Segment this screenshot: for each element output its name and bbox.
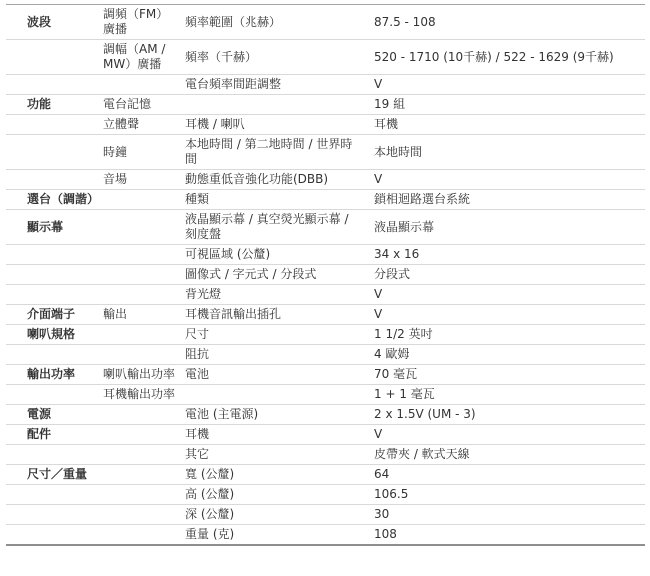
- category-cell: [6, 75, 103, 95]
- spec-value-cell: 34 x 16: [372, 245, 645, 265]
- spec-value-cell: 64: [372, 465, 645, 485]
- table-row: 調幅（AM / MW）廣播頻率（千赫）520 - 1710 (10千赫) / 5…: [6, 40, 645, 75]
- spec-value-cell: 鎖相迴路選台系統: [372, 190, 645, 210]
- spec-value-cell: V: [372, 285, 645, 305]
- table-row: 波段調頻（FM）廣播頻率範圍（兆赫）87.5 - 108: [6, 5, 645, 40]
- table-row: 喇叭規格尺寸1 1/2 英吋: [6, 325, 645, 345]
- category-cell: [6, 505, 103, 525]
- spec-value-cell: V: [372, 75, 645, 95]
- spec-name-cell: 本地時間 / 第二地時間 / 世界時間: [185, 135, 372, 170]
- spec-value-cell: 70 毫瓦: [372, 365, 645, 385]
- category-cell: [6, 40, 103, 75]
- spec-name-cell: 耳機: [185, 425, 372, 445]
- subcategory-cell: [103, 525, 185, 546]
- subcategory-cell: [103, 345, 185, 365]
- spec-value-cell: 分段式: [372, 265, 645, 285]
- subcategory-cell: 立體聲: [103, 115, 185, 135]
- subcategory-cell: [103, 405, 185, 425]
- spec-name-cell: 種類: [185, 190, 372, 210]
- subcategory-cell: 喇叭輸出功率: [103, 365, 185, 385]
- category-cell: [6, 170, 103, 190]
- table-row: 耳機輸出功率1 + 1 毫瓦: [6, 385, 645, 405]
- spec-name-cell: 耳機 / 喇叭: [185, 115, 372, 135]
- table-row: 電源電池 (主電源)2 x 1.5V (UM - 3): [6, 405, 645, 425]
- spec-name-cell: [185, 95, 372, 115]
- spec-page: 波段調頻（FM）廣播頻率範圍（兆赫）87.5 - 108調幅（AM / MW）廣…: [0, 0, 650, 576]
- table-row: 背光燈V: [6, 285, 645, 305]
- spec-value-cell: 30: [372, 505, 645, 525]
- subcategory-cell: [103, 445, 185, 465]
- category-cell: [6, 385, 103, 405]
- spec-name-cell: 圖像式 / 字元式 / 分段式: [185, 265, 372, 285]
- category-cell: [6, 265, 103, 285]
- spec-value-cell: 4 歐姆: [372, 345, 645, 365]
- spec-value-cell: V: [372, 305, 645, 325]
- subcategory-cell: 調頻（FM）廣播: [103, 5, 185, 40]
- table-row: 功能電台記憶19 組: [6, 95, 645, 115]
- table-row: 尺寸／重量寬 (公釐)64: [6, 465, 645, 485]
- spec-name-cell: 阻抗: [185, 345, 372, 365]
- table-row: 圖像式 / 字元式 / 分段式分段式: [6, 265, 645, 285]
- category-cell: [6, 525, 103, 546]
- subcategory-cell: 音場: [103, 170, 185, 190]
- category-cell: 配件: [6, 425, 103, 445]
- table-row: 選台（調諧）種類鎖相迴路選台系統: [6, 190, 645, 210]
- spec-value-cell: 108: [372, 525, 645, 546]
- table-row: 配件耳機V: [6, 425, 645, 445]
- subcategory-cell: [103, 265, 185, 285]
- category-cell: [6, 115, 103, 135]
- spec-name-cell: 電台頻率間距調整: [185, 75, 372, 95]
- spec-name-cell: 頻率範圍（兆赫）: [185, 5, 372, 40]
- spec-name-cell: 其它: [185, 445, 372, 465]
- table-row: 電台頻率間距調整V: [6, 75, 645, 95]
- category-cell: [6, 485, 103, 505]
- table-row: 時鐘本地時間 / 第二地時間 / 世界時間本地時間: [6, 135, 645, 170]
- spec-value-cell: V: [372, 425, 645, 445]
- spec-name-cell: 電池: [185, 365, 372, 385]
- spec-name-cell: 可視區域 (公釐): [185, 245, 372, 265]
- category-cell: 功能: [6, 95, 103, 115]
- subcategory-cell: [103, 285, 185, 305]
- table-row: 顯示幕液晶顯示幕 / 真空熒光顯示幕 / 刻度盤液晶顯示幕: [6, 210, 645, 245]
- category-cell: 電源: [6, 405, 103, 425]
- spec-name-cell: 重量 (克): [185, 525, 372, 546]
- table-row: 重量 (克)108: [6, 525, 645, 546]
- subcategory-cell: [103, 465, 185, 485]
- category-cell: 尺寸／重量: [6, 465, 103, 485]
- table-row: 介面端子輸出耳機音訊輸出插孔V: [6, 305, 645, 325]
- spec-name-cell: 寬 (公釐): [185, 465, 372, 485]
- spec-value-cell: 87.5 - 108: [372, 5, 645, 40]
- subcategory-cell: [103, 325, 185, 345]
- spec-name-cell: 高 (公釐): [185, 485, 372, 505]
- table-row: 可視區域 (公釐)34 x 16: [6, 245, 645, 265]
- spec-name-cell: 電池 (主電源): [185, 405, 372, 425]
- table-row: 音場動態重低音強化功能(DBB)V: [6, 170, 645, 190]
- subcategory-cell: [103, 505, 185, 525]
- spec-value-cell: 520 - 1710 (10千赫) / 522 - 1629 (9千赫): [372, 40, 645, 75]
- spec-name-cell: 耳機音訊輸出插孔: [185, 305, 372, 325]
- subcategory-cell: [103, 75, 185, 95]
- subcategory-cell: 時鐘: [103, 135, 185, 170]
- spec-name-cell: [185, 385, 372, 405]
- subcategory-cell: [103, 190, 185, 210]
- spec-name-cell: 深 (公釐): [185, 505, 372, 525]
- spec-value-cell: V: [372, 170, 645, 190]
- spec-value-cell: 19 組: [372, 95, 645, 115]
- table-row: 其它皮帶夾 / 軟式天線: [6, 445, 645, 465]
- category-cell: 喇叭規格: [6, 325, 103, 345]
- spec-table-body: 波段調頻（FM）廣播頻率範圍（兆赫）87.5 - 108調幅（AM / MW）廣…: [6, 5, 645, 546]
- spec-name-cell: 動態重低音強化功能(DBB): [185, 170, 372, 190]
- subcategory-cell: [103, 425, 185, 445]
- spec-value-cell: 1 + 1 毫瓦: [372, 385, 645, 405]
- spec-value-cell: 106.5: [372, 485, 645, 505]
- spec-name-cell: 頻率（千赫）: [185, 40, 372, 75]
- table-row: 高 (公釐)106.5: [6, 485, 645, 505]
- subcategory-cell: [103, 210, 185, 245]
- category-cell: [6, 445, 103, 465]
- spec-value-cell: 1 1/2 英吋: [372, 325, 645, 345]
- spec-name-cell: 背光燈: [185, 285, 372, 305]
- table-row: 深 (公釐)30: [6, 505, 645, 525]
- category-cell: [6, 285, 103, 305]
- spec-value-cell: 2 x 1.5V (UM - 3): [372, 405, 645, 425]
- category-cell: [6, 245, 103, 265]
- category-cell: [6, 345, 103, 365]
- spec-value-cell: 本地時間: [372, 135, 645, 170]
- spec-table: 波段調頻（FM）廣播頻率範圍（兆赫）87.5 - 108調幅（AM / MW）廣…: [6, 4, 645, 546]
- spec-value-cell: 皮帶夾 / 軟式天線: [372, 445, 645, 465]
- table-row: 阻抗4 歐姆: [6, 345, 645, 365]
- table-row: 輸出功率喇叭輸出功率電池70 毫瓦: [6, 365, 645, 385]
- subcategory-cell: [103, 485, 185, 505]
- category-cell: 顯示幕: [6, 210, 103, 245]
- subcategory-cell: 輸出: [103, 305, 185, 325]
- category-cell: 波段: [6, 5, 103, 40]
- table-row: 立體聲耳機 / 喇叭耳機: [6, 115, 645, 135]
- spec-name-cell: 液晶顯示幕 / 真空熒光顯示幕 / 刻度盤: [185, 210, 372, 245]
- subcategory-cell: 耳機輸出功率: [103, 385, 185, 405]
- subcategory-cell: [103, 245, 185, 265]
- category-cell: 輸出功率: [6, 365, 103, 385]
- spec-value-cell: 耳機: [372, 115, 645, 135]
- category-cell: 介面端子: [6, 305, 103, 325]
- subcategory-cell: 調幅（AM / MW）廣播: [103, 40, 185, 75]
- spec-name-cell: 尺寸: [185, 325, 372, 345]
- spec-value-cell: 液晶顯示幕: [372, 210, 645, 245]
- category-cell: [6, 135, 103, 170]
- subcategory-cell: 電台記憶: [103, 95, 185, 115]
- category-cell: 選台（調諧）: [6, 190, 103, 210]
